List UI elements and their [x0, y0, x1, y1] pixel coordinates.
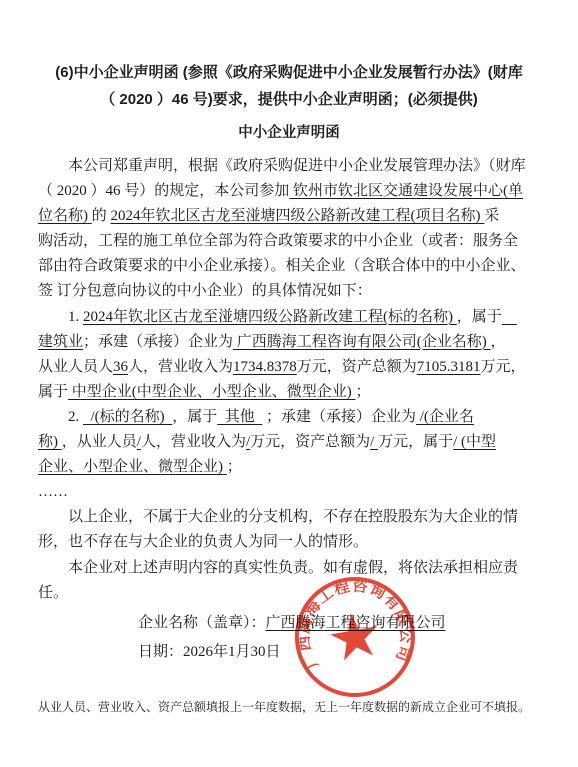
doc-text: 购活动，工程的施工单位全部为符合政策要求的中小企业（或者：服务全	[38, 233, 518, 249]
doc-text: ，	[491, 334, 506, 350]
doc-text: 人，营业收入为	[141, 434, 246, 450]
doc-line: 本公司郑重声明，根据《政府采购促进中小企业发展管理办法》（财库	[38, 154, 540, 179]
doc-line: 本企业对上述声明内容的真实性负责。如有虚假，将依法承担相应责	[38, 556, 540, 581]
document-title: (6)中小企业声明函 (参照《政府采购促进中小企业发展暂行办法》(财库 （ 20…	[38, 59, 540, 113]
title-line-1: (6)中小企业声明函 (参照《政府采购促进中小企业发展暂行办法》(财库	[38, 59, 540, 86]
filled-field: /	[370, 434, 378, 450]
doc-text: （ 2020 ）46 号）的规定，本公司参加	[38, 183, 289, 199]
doc-text: ，属于	[172, 409, 217, 425]
doc-line: 1. 2024年钦北区古龙至湴塘四级公路新改建工程(标的名称) ，属于	[38, 305, 540, 330]
doc-text: 的	[92, 208, 111, 224]
doc-line: 称) ，从业人员/人，营业收入为/万元，资产总额为/ 万元，属于/ (中型	[38, 430, 540, 455]
doc-line: 购活动，工程的施工单位全部为符合政策要求的中小企业（或者：服务全	[38, 229, 540, 254]
doc-text: 2.	[38, 409, 83, 425]
footer-note: 从业人员、营业收入、资产总额填报上一年度数据，无上一年度数据的新成立企业可不填报…	[38, 698, 530, 715]
doc-text: 万元，资产总额为	[250, 434, 370, 450]
filled-field: 企业、小型企业、微型企业)	[38, 459, 227, 475]
doc-text: 从业人员人	[38, 359, 113, 375]
filled-field: /(标的名称)	[83, 409, 172, 425]
doc-line: 以上企业，不属于大企业的分支机构，不存在控股股东为大企业的情	[38, 505, 540, 530]
doc-text: ……	[38, 484, 68, 500]
doc-text: ；承建（承接）企业为	[262, 409, 416, 425]
filled-field: 建筑业	[38, 334, 83, 350]
title-line-2: （ 2020 ）46 号)要求，提供中小企业声明函；(必须提供)	[38, 86, 540, 113]
filled-field: 7105.3181	[417, 359, 481, 375]
doc-line: 2. /(标的名称) ，属于 其他 ；承建（承接）企业为 /(企业名	[38, 405, 540, 430]
doc-text: ，属于	[457, 309, 502, 325]
doc-line: ……	[38, 480, 540, 505]
doc-text: 万元，资产总额为	[297, 359, 417, 375]
section-heading: 中小企业声明函	[38, 120, 540, 146]
filled-field: 其他	[217, 409, 262, 425]
filled-field: / (中型	[453, 434, 496, 450]
doc-text: 人，营业收入为	[128, 359, 233, 375]
doc-line: 属于 中型企业(中型企业、小型企业、微型企业) ；	[38, 380, 540, 405]
doc-line: （ 2020 ）46 号）的规定，本公司参加 钦州市钦北区交通建设发展中心(单	[38, 179, 540, 204]
doc-text: 本公司郑重声明，根据《政府采购促进中小企业发展管理办法》（财库	[38, 158, 526, 174]
doc-text: 万元，	[481, 359, 526, 375]
doc-line: 签 订分包意向协议的中小企业）的具体情况如下：	[38, 279, 540, 304]
doc-line: 形，也不存在与大企业的负责人为同一人的情形。	[38, 530, 540, 555]
doc-text: 日期：2026年1月30日	[138, 644, 281, 660]
filled-field: 广西腾海工程咨询有限公司(企业名称)	[233, 334, 491, 350]
filled-field	[502, 309, 517, 325]
doc-line: 建筑业；承建（承接）企业为 广西腾海工程咨询有限公司(企业名称) ，	[38, 330, 540, 355]
doc-line: 从业人员人36人，营业收入为1734.8378万元，资产总额为7105.3181…	[38, 355, 540, 380]
filled-field: 中型企业(中型企业、小型企业、微型企业)	[68, 384, 356, 400]
doc-line: 企业、小型企业、微型企业) ；	[38, 455, 540, 480]
doc-text: 采	[484, 208, 499, 224]
doc-line: 部由符合政策要求的中小企业承接）。相关企业（含联合体中的中小企业、	[38, 254, 540, 279]
document-page: (6)中小企业声明函 (参照《政府采购促进中小企业发展暂行办法》(财库 （ 20…	[0, 0, 578, 767]
doc-text: ，从业人员	[62, 434, 137, 450]
doc-text: ；承建（承接）企业为	[83, 334, 233, 350]
doc-line: 位名称) 的 2024年钦北区古龙至湴塘四级公路新改建工程(项目名称) 采	[38, 204, 540, 229]
doc-text: 形，也不存在与大企业的负责人为同一人的情形。	[38, 534, 368, 550]
filled-field: 2024年钦北区古龙至湴塘四级公路新改建工程(标的名称)	[83, 309, 457, 325]
filled-field: 称)	[38, 434, 62, 450]
doc-text: 万元，属于	[378, 434, 453, 450]
doc-text: 属于	[38, 384, 68, 400]
company-seal: 广西腾海工程咨询有限公司	[286, 570, 425, 707]
doc-text: 1.	[38, 309, 83, 325]
filled-field: 钦州市钦北区交通建设发展中心(单	[289, 183, 523, 199]
filled-field: 位名称)	[38, 208, 92, 224]
doc-text: ；	[227, 459, 242, 475]
filled-field: 2024年钦北区古龙至湴塘四级公路新改建工程(项目名称)	[111, 208, 485, 224]
doc-text: 签 订分包意向协议的中小企业）的具体情况如下：	[38, 283, 372, 299]
doc-text: 任。	[38, 585, 68, 601]
filled-field: /(企业名	[416, 409, 474, 425]
doc-text: 本企业对上述声明内容的真实性负责。如有虚假，将依法承担相应责	[38, 560, 518, 576]
doc-text: ；	[356, 384, 371, 400]
filled-field: 1734.8378	[233, 359, 297, 375]
doc-text: 部由符合政策要求的中小企业承接）。相关企业（含联合体中的中小企业、	[38, 258, 526, 274]
doc-text: 以上企业，不属于大企业的分支机构，不存在控股股东为大企业的情	[38, 509, 518, 525]
doc-text: 企业名称（盖章）：	[138, 615, 266, 631]
seal-star-icon	[327, 609, 382, 662]
filled-field: 36	[113, 359, 128, 375]
